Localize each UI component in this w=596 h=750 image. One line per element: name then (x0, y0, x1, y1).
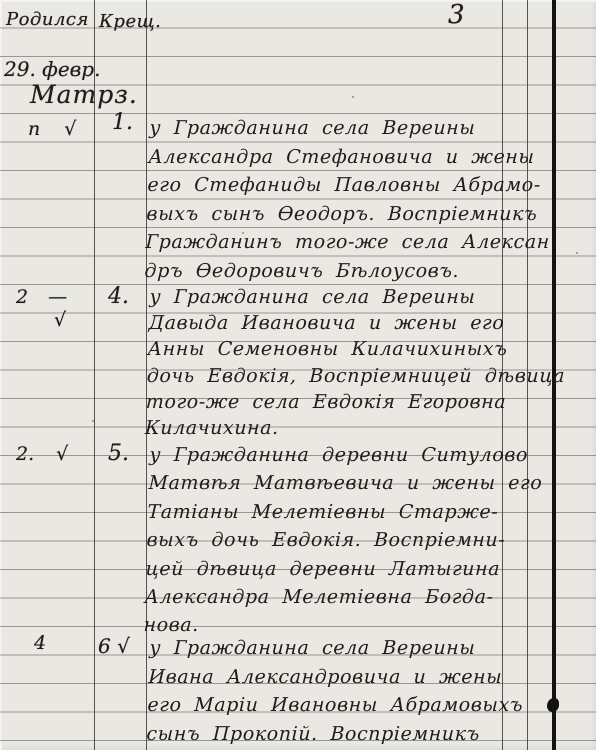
handwritten-line: дръ Ѳедоровичъ Бѣлоусовъ. (144, 257, 549, 286)
page-number: 3 (448, 0, 465, 30)
handwritten-line: Гражданинъ того-же села Алексан (145, 228, 550, 257)
handwritten-line: выхъ дочь Евдокія. Воспріемни- (146, 526, 541, 554)
handwritten-line: у Гражданина села Вереины (149, 634, 526, 663)
date-heading: 29. февр. (4, 57, 100, 81)
entry-4-number: 6 √ (98, 634, 130, 658)
entry-3-text: у Гражданина деревни СитуловоМатвѣя Матв… (143, 441, 544, 640)
handwritten-line: Матвѣя Матвѣевича и жены его (148, 469, 543, 497)
entry-2-number: 4. (108, 284, 129, 309)
section-heading: Матрз. (30, 80, 138, 109)
handwritten-line: его Стефаниды Павловны Абрамо- (147, 171, 552, 200)
column-divider-1 (94, 0, 95, 750)
handwritten-line: у Гражданина села Вереины (149, 284, 568, 310)
handwritten-line: сынъ Прокопій. Воспріемникъ (146, 720, 523, 749)
scan-speck (352, 96, 354, 98)
handwritten-line: Давыда Ивановича и жены его (148, 310, 567, 336)
handwritten-line: у Гражданина села Вереины (149, 114, 554, 143)
handwritten-line: выхъ сынъ Ѳеодоръ. Воспріемникъ (146, 200, 551, 229)
entry-3-margin-mark: 2. √ (16, 443, 68, 465)
entry-1-text: у Гражданина села ВереиныАлександра Стеф… (144, 114, 554, 285)
handwritten-line: его Маріи Ивановны Абрамовыхъ (147, 691, 524, 720)
entry-1-number: 1. (112, 110, 133, 135)
handwritten-line: Александра Мелетіевна Богда- (144, 583, 539, 611)
handwritten-line: того-же села Евдокія Егоровна (145, 389, 564, 415)
entry-2-text: у Гражданина села ВереиныДавыда Иванович… (145, 284, 569, 441)
handwritten-line: цей дѣвица деревни Латыгина (145, 555, 540, 583)
handwritten-line: дочь Евдокія, Воспріемницей дѣвица (146, 363, 565, 389)
ink-blot (547, 698, 559, 712)
handwritten-line: Александра Стефановича и жены (148, 143, 553, 172)
handwritten-line: Килачихина. (145, 415, 564, 441)
scanned-registry-page: 3 Родился Крещ. 29. февр. Матрз. п √ 1. … (0, 0, 596, 750)
handwritten-line: у Гражданина деревни Ситулово (149, 441, 544, 469)
column-header-born: Родился (6, 9, 89, 30)
scan-speck (92, 420, 94, 422)
entry-2-margin-check: √ (54, 309, 66, 331)
scan-speck (576, 252, 578, 254)
entry-4-text: у Гражданина села ВереиныИвана Александр… (146, 634, 526, 748)
entry-4-margin-mark: 4 (34, 632, 46, 654)
column-header-baptized: Крещ. (99, 11, 161, 32)
handwritten-line: Ивана Александровича и жены (148, 663, 525, 692)
entry-2-margin-mark: 2 — (16, 286, 67, 308)
entry-3-number: 5. (108, 441, 129, 466)
handwritten-line: Татіаны Мелетіевны Старже- (147, 498, 542, 526)
entry-1-margin-mark: п √ (28, 118, 76, 140)
handwritten-line: Анны Семеновны Килачихиныхъ (147, 336, 566, 362)
